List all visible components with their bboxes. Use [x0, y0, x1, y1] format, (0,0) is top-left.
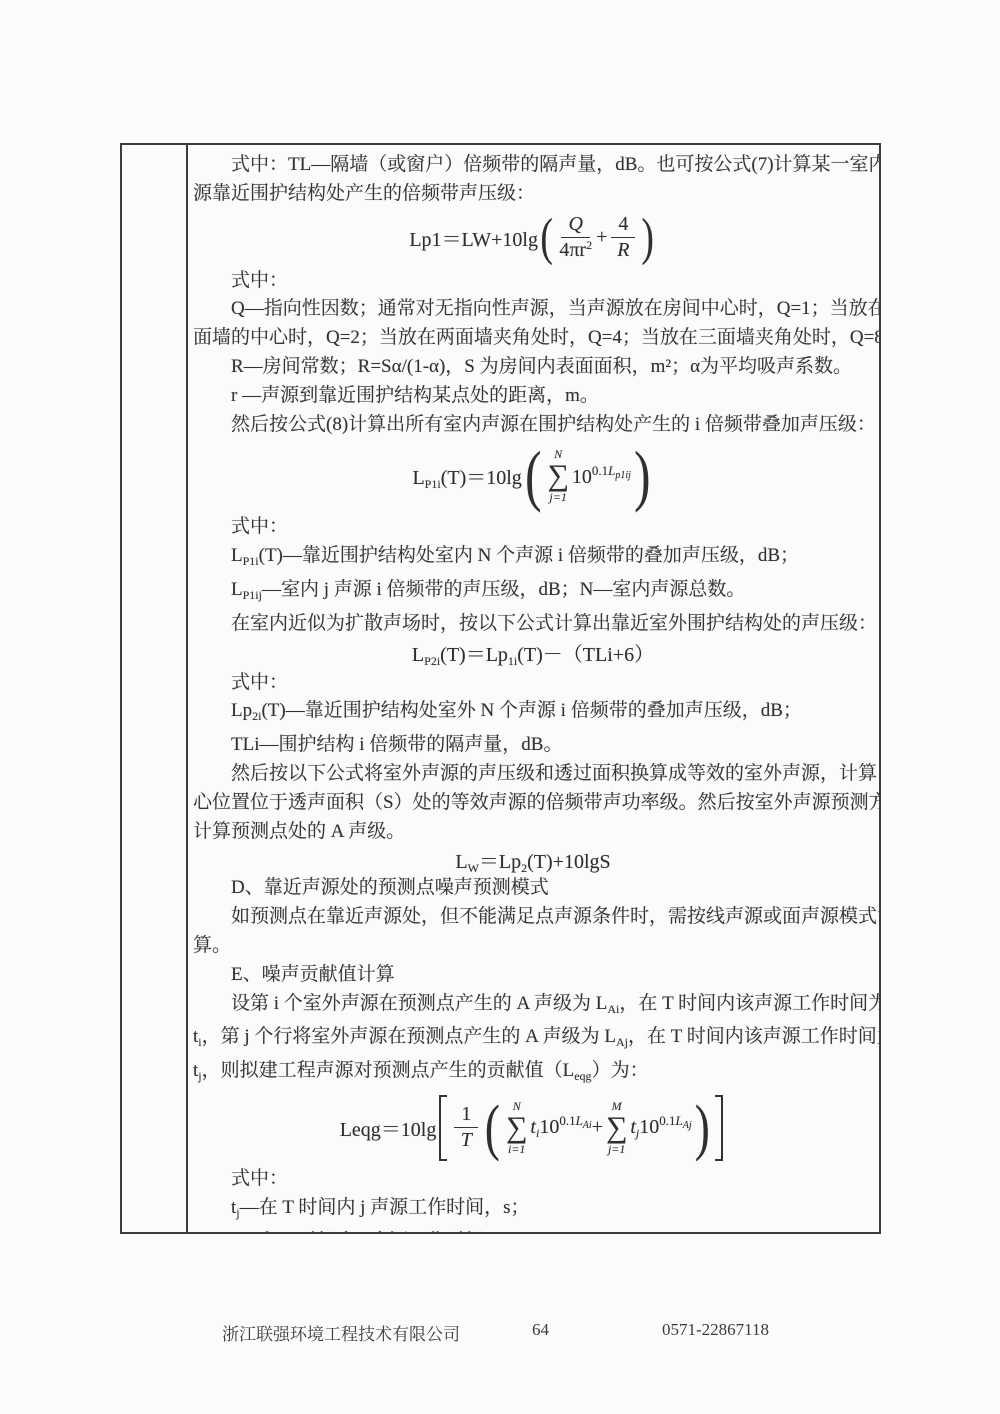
text-line: tj—在 T 时间内 j 声源工作时间，s；	[193, 1194, 873, 1228]
symbol: (T)＝10lg	[441, 467, 522, 489]
subscript: 1i	[508, 654, 517, 668]
sum-lower-limit: i=1	[508, 1143, 525, 1156]
text-line: 设第 i 个室外声源在预测点产生的 A 声级为 LAi，在 T 时间内该声源工作…	[193, 990, 873, 1024]
equation: LW＝Lp2(T)+10lgS	[455, 845, 610, 876]
formula-lp2i: LP2i(T)＝Lp1i(T)－（TLi+6）	[193, 639, 873, 669]
sigma-icon: ∑	[506, 1113, 527, 1143]
summation: N ∑ i=1	[506, 1100, 527, 1156]
exp-coef: 0.1	[592, 463, 608, 478]
right-paren: )	[642, 216, 654, 260]
exp-symbol: L	[576, 1113, 583, 1128]
text: ，在 T 时间内该声源工作时间为	[619, 993, 879, 1014]
symbol: L	[412, 467, 424, 489]
summation: N ∑ j=1	[547, 448, 568, 504]
text: (T)—靠近围护结构处室内 N 个声源 i 倍频带的叠加声压级，dB；	[259, 545, 799, 566]
text-line: 式中：	[193, 513, 873, 542]
operator: +	[592, 1116, 603, 1139]
symbol: L	[455, 851, 467, 873]
symbol: L	[412, 644, 424, 666]
base: 10	[539, 1116, 559, 1138]
exponent: 0.1Lp1ij	[592, 463, 631, 478]
sigma-icon: ∑	[606, 1113, 627, 1143]
numerator: Q	[561, 213, 589, 238]
text-line: 式中：	[193, 267, 873, 296]
exp-symbol: L	[676, 1113, 683, 1128]
text-line: 算。	[193, 932, 873, 961]
text: —在 T 时间内 i 声源工作时间，s；	[240, 1231, 530, 1232]
text-line: D、靠近声源处的预测点噪声预测模式	[193, 874, 873, 903]
left-paren: (	[540, 216, 552, 260]
text-line: 式中：	[193, 1165, 873, 1194]
exp-subscript: Ai	[583, 1120, 592, 1131]
sigma-icon: ∑	[547, 461, 568, 491]
superscript: 2	[586, 238, 592, 252]
content-table: 式中：TL—隔墙（或窗户）倍频带的隔声量，dB。也可按公式(7)计算某一室内声 …	[120, 143, 881, 1234]
base: 10	[572, 466, 592, 488]
text-line: E、噪声贡献值计算	[193, 961, 873, 990]
text-line: r —声源到靠近围护结构某点处的距离，m。	[193, 382, 873, 411]
subscript: P1i	[425, 477, 441, 491]
formula-lp1i: LP1i(T)＝10lg ( N ∑ j=1 100.1Lp1ij )	[193, 439, 873, 513]
text-line: LP1ij—室内 j 声源 i 倍频带的声压级，dB；N—室内声源总数。	[193, 576, 873, 610]
text-line: LP1i(T)—靠近围护结构处室内 N 个声源 i 倍频带的叠加声压级，dB；	[193, 542, 873, 576]
text: —室内 j 声源 i 倍频带的声压级，dB；N—室内声源总数。	[262, 579, 745, 600]
left-paren: (	[525, 447, 541, 505]
formula-head: Lp1＝LW+10lg	[409, 223, 538, 252]
exp-subscript: p1ij	[615, 470, 631, 481]
text-line: 如预测点在靠近声源处，但不能满足点声源条件时，需按线声源或面声源模式计	[193, 903, 873, 932]
exp-coef: 0.1	[659, 1113, 675, 1128]
text: ，则拟建工程声源对预测点产生的贡献值（L	[202, 1060, 575, 1081]
den-text: 4πr	[559, 239, 586, 261]
text-line: ti，第 j 个行将室外声源在预测点产生的 A 声级为 LAj，在 T 时间内该…	[193, 1023, 873, 1057]
denominator: 4πr2	[559, 238, 592, 262]
formula-lw: LW＝Lp2(T)+10lgS	[193, 846, 873, 874]
text-line: TLi—围护结构 i 倍频带的隔声量，dB。	[193, 731, 873, 760]
text-line: 式中：	[193, 669, 873, 698]
symbol: (T)－（TLi+6）	[517, 644, 654, 666]
formula-leqg: Leqg＝10lg 1 T ( N ∑ i=1 ti100.1LAi + M ∑…	[193, 1091, 873, 1165]
text: 设第 i 个室外声源在预测点产生的 A 声级为 L	[231, 993, 607, 1014]
subscript: P1i	[243, 554, 259, 568]
denominator: T	[461, 1128, 472, 1152]
text-line: R—房间常数；R=Sα/(1-α)，S 为房间内表面面积，m²；α为平均吸声系数…	[193, 353, 873, 382]
formula-head: Leqg＝10lg	[340, 1113, 437, 1142]
power-term: tj100.1LAj	[630, 1114, 691, 1141]
footer-phone: 0571-22867118	[662, 1320, 769, 1340]
left-paren: (	[485, 1102, 500, 1155]
text: ，第 j 个行将室外声源在预测点产生的 A 声级为 L	[202, 1026, 616, 1047]
text-line: 然后按公式(8)计算出所有室内声源在围护结构处产生的 i 倍频带叠加声压级：	[193, 411, 873, 440]
text-line: Lp2i(T)—靠近围护结构处室外 N 个声源 i 倍频带的叠加声压级，dB；	[193, 697, 873, 731]
sum-lower-limit: j=1	[608, 1143, 625, 1156]
table-content-column: 式中：TL—隔墙（或窗户）倍频带的隔声量，dB。也可按公式(7)计算某一室内声 …	[188, 145, 879, 1232]
text-line: ti—在 T 时间内 i 声源工作时间，s；	[193, 1228, 873, 1232]
text: —在 T 时间内 j 声源工作时间，s；	[240, 1197, 530, 1218]
denominator: R	[617, 238, 629, 262]
equation: LP2i(T)＝Lp1i(T)－（TLi+6）	[412, 638, 654, 669]
symbol: (T)＝Lp	[440, 644, 508, 666]
symbol: Lp	[231, 700, 252, 721]
symbol: ＝Lp	[479, 851, 521, 873]
symbol: (T)+10lgS	[527, 851, 611, 873]
document-page: 式中：TL—隔墙（或窗户）倍频带的隔声量，dB。也可按公式(7)计算某一室内声 …	[0, 0, 1000, 1414]
subscript: P2i	[424, 654, 440, 668]
sum-lower-limit: j=1	[549, 491, 566, 504]
table-left-column	[122, 145, 188, 1232]
text-line: 心位置位于透声面积（S）处的等效声源的倍频带声功率级。然后按室外声源预测方法	[193, 789, 873, 818]
subscript: eqg	[574, 1069, 591, 1083]
numerator: 1	[454, 1103, 478, 1128]
text-line: Q—指向性因数；通常对无指向性声源，当声源放在房间中心时，Q=1；当放在一	[193, 295, 873, 324]
right-bracket	[715, 1095, 723, 1161]
left-bracket	[439, 1095, 447, 1161]
exponent: 0.1LAi	[559, 1113, 591, 1128]
fraction: 1 T	[454, 1103, 478, 1152]
summation: M ∑ j=1	[606, 1100, 627, 1156]
symbol: L	[231, 545, 243, 566]
fraction: Q 4πr2	[559, 213, 592, 262]
footer-company: 浙江联强环境工程技术有限公司	[222, 1320, 460, 1345]
text-line: 面墙的中心时，Q=2；当放在两面墙夹角处时，Q=4；当放在三面墙夹角处时，Q=8…	[193, 324, 873, 353]
text-line: 在室内近似为扩散声场时，按以下公式计算出靠近室外围护结构处的声压级：	[193, 610, 873, 639]
page-footer: 浙江联强环境工程技术有限公司 64 0571-22867118	[0, 1320, 1000, 1344]
base: 10	[639, 1116, 659, 1138]
subscript: W	[468, 861, 479, 875]
formula-lp1: Lp1＝LW+10lg ( Q 4πr2 + 4 R )	[193, 209, 873, 267]
text: (T)—靠近围护结构处室外 N 个声源 i 倍频带的叠加声压级，dB；	[261, 700, 801, 721]
operator: +	[596, 226, 607, 249]
formula-head: LP1i(T)＝10lg	[412, 461, 521, 492]
subscript: Aj	[616, 1035, 628, 1049]
text-line: 源靠近围护结构处产生的倍频带声压级：	[193, 180, 873, 209]
footer-page-number: 64	[532, 1320, 549, 1340]
exponent: 0.1LAj	[659, 1113, 691, 1128]
power-term: 100.1Lp1ij	[572, 464, 631, 489]
numerator: 4	[611, 213, 635, 238]
exp-subscript: Aj	[683, 1120, 692, 1131]
power-term: ti100.1LAi	[530, 1114, 591, 1141]
text: ，在 T 时间内该声源工作时间为	[628, 1026, 879, 1047]
subscript: Ai	[607, 1002, 619, 1016]
exp-coef: 0.1	[559, 1113, 575, 1128]
text: ）为：	[592, 1060, 649, 1081]
symbol: t	[231, 1231, 236, 1232]
right-paren: )	[634, 447, 650, 505]
symbol: L	[231, 579, 243, 600]
text-line: 计算预测点处的 A 声级。	[193, 818, 873, 847]
right-paren: )	[695, 1102, 710, 1155]
subscript: P1ij	[243, 588, 262, 602]
fraction: 4 R	[611, 213, 635, 262]
text-line: 式中：TL—隔墙（或窗户）倍频带的隔声量，dB。也可按公式(7)计算某一室内声	[193, 151, 873, 180]
text-line: tj，则拟建工程声源对预测点产生的贡献值（Leqg）为：	[193, 1057, 873, 1091]
text-line: 然后按以下公式将室外声源的声压级和透过面积换算成等效的室外声源，计算出中	[193, 760, 873, 789]
